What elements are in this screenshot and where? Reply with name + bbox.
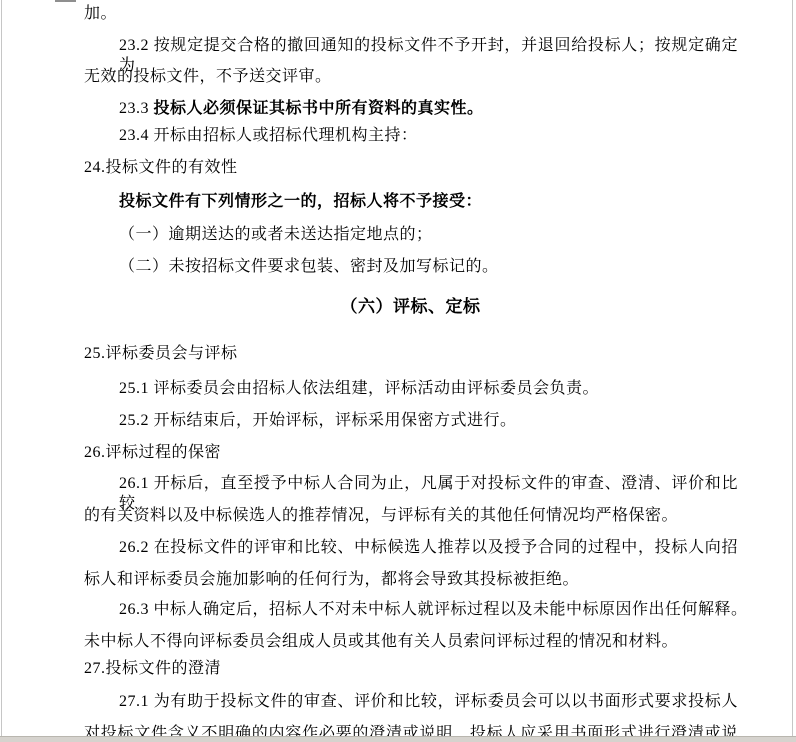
text-run: 23.3 xyxy=(119,100,154,117)
clause-25-2: 25.2 开标结束后，开始评标，评标采用保密方式进行。 xyxy=(119,411,517,431)
text-run: 26.评标过程的保密 xyxy=(84,444,221,461)
text-run: 标人和评标委员会施加影响的任何行为，都将会导致其投标被拒绝。 xyxy=(84,571,579,588)
text-run: 26.3 中标人确定后，招标人不对未中标人就评标过程以及未能中标原因作出任何解释… xyxy=(119,601,748,618)
clause-24-item2: （二）未按招标文件要求包装、密封及加写标记的。 xyxy=(119,257,499,277)
clause-23-3: 23.3 投标人必须保证其标书中所有资料的真实性。 xyxy=(119,99,484,119)
section-heading-6: （六）评标、定标 xyxy=(84,297,737,317)
text-run: 的有关资料以及中标候选人的推荐情况，与评标有关的其他任何情况均严格保密。 xyxy=(84,507,678,524)
text-run: 加。 xyxy=(84,5,117,22)
text-run: 27.投标文件的澄清 xyxy=(84,660,221,677)
text-run: 投标人必须保证其标书中所有资料的真实性。 xyxy=(154,100,484,117)
clause-24-item1: （一）逾期送达的或者未送达指定地点的； xyxy=(119,225,433,245)
section-25-title: 25.评标委员会与评标 xyxy=(84,344,238,364)
page-left-border xyxy=(1,0,2,736)
clause-25-1: 25.1 评标委员会由招标人依法组建，评标活动由评标委员会负责。 xyxy=(119,379,599,399)
clause-26-3-line1: 26.3 中标人确定后，招标人不对未中标人就评标过程以及未能中标原因作出任何解释… xyxy=(119,600,748,620)
text-run: （六）评标、定标 xyxy=(341,297,481,316)
clause-26-2-line1: 26.2 在投标文件的评审和比较、中标候选人推荐以及授予合同的过程中，投标人向招 xyxy=(119,538,738,558)
clause-24-intro: 投标文件有下列情形之一的，招标人将不予接受： xyxy=(119,192,482,212)
section-27-title: 27.投标文件的澄清 xyxy=(84,659,221,679)
section-24-title: 24.投标文件的有效性 xyxy=(84,158,238,178)
text-run: 投标文件有下列情形之一的，招标人将不予接受： xyxy=(119,193,482,210)
text-run: 23.4 开标由招标人或招标代理机构主持： xyxy=(119,127,418,144)
text-run: 无效的投标文件，不予送交评审。 xyxy=(84,68,332,85)
page-right-border xyxy=(792,0,793,736)
clause-23-4: 23.4 开标由招标人或招标代理机构主持： xyxy=(119,126,418,146)
page-bottom-gutter xyxy=(0,736,796,742)
text-run: （一）逾期送达的或者未送达指定地点的； xyxy=(119,226,433,243)
clause-26-1-line2: 的有关资料以及中标候选人的推荐情况，与评标有关的其他任何情况均严格保密。 xyxy=(84,506,678,526)
clause-26-2-line2: 标人和评标委员会施加影响的任何行为，都将会导致其投标被拒绝。 xyxy=(84,570,579,590)
scroll-artifact-tick xyxy=(55,0,76,2)
text-run: 25.1 评标委员会由招标人依法组建，评标活动由评标委员会负责。 xyxy=(119,380,599,397)
text-run: 25.2 开标结束后，开始评标，评标采用保密方式进行。 xyxy=(119,412,517,429)
text-run: 25.评标委员会与评标 xyxy=(84,345,238,362)
clause-23-2-line2: 无效的投标文件，不予送交评审。 xyxy=(84,67,332,87)
clause-26-3-line2: 未中标人不得向评标委员会组成人员或其他有关人员索问评标过程的情况和材料。 xyxy=(84,632,678,652)
text-run: （二）未按招标文件要求包装、密封及加写标记的。 xyxy=(119,258,499,275)
text-run: 未中标人不得向评标委员会组成人员或其他有关人员索问评标过程的情况和材料。 xyxy=(84,633,678,650)
document-viewport: 加。23.2 按规定提交合格的撤回通知的投标文件不予开封，并退回给投标人；按规定… xyxy=(0,0,796,742)
paragraph-23-1-tail: 加。 xyxy=(84,4,117,24)
text-run: 26.2 在投标文件的评审和比较、中标候选人推荐以及授予合同的过程中，投标人向招 xyxy=(119,539,738,556)
text-run: 24.投标文件的有效性 xyxy=(84,159,238,176)
clause-27-1-line1: 27.1 为有助于投标文件的审查、评价和比较，评标委员会可以以书面形式要求投标人 xyxy=(119,692,738,712)
section-26-title: 26.评标过程的保密 xyxy=(84,443,221,463)
text-run: 27.1 为有助于投标文件的审查、评价和比较，评标委员会可以以书面形式要求投标人 xyxy=(119,693,738,710)
